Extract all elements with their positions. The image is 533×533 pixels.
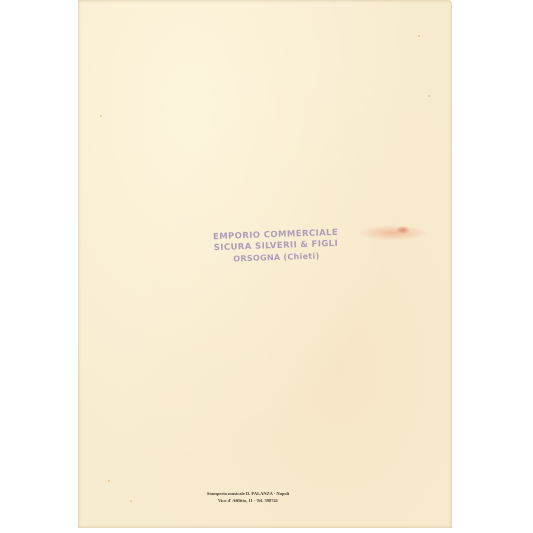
- printer-line-2: Vico d' Afflitto, 11 - Tel. 398741: [168, 497, 328, 504]
- speck: [428, 95, 430, 97]
- document-page: EMPORIO COMMERCIALE SICURA SILVERII & FI…: [78, 0, 452, 528]
- speck: [130, 500, 132, 502]
- printer-line-1: Stamperia musicale D. PALANZA - Napoli: [168, 490, 328, 497]
- speck: [100, 115, 102, 117]
- stain-mark-dark: [396, 226, 410, 234]
- speck: [418, 35, 420, 37]
- printer-imprint: Stamperia musicale D. PALANZA - Napoli V…: [168, 490, 328, 504]
- speck: [108, 480, 110, 482]
- ink-stamp: EMPORIO COMMERCIALE SICURA SILVERII & FI…: [195, 227, 356, 266]
- stain-mark: [358, 225, 428, 241]
